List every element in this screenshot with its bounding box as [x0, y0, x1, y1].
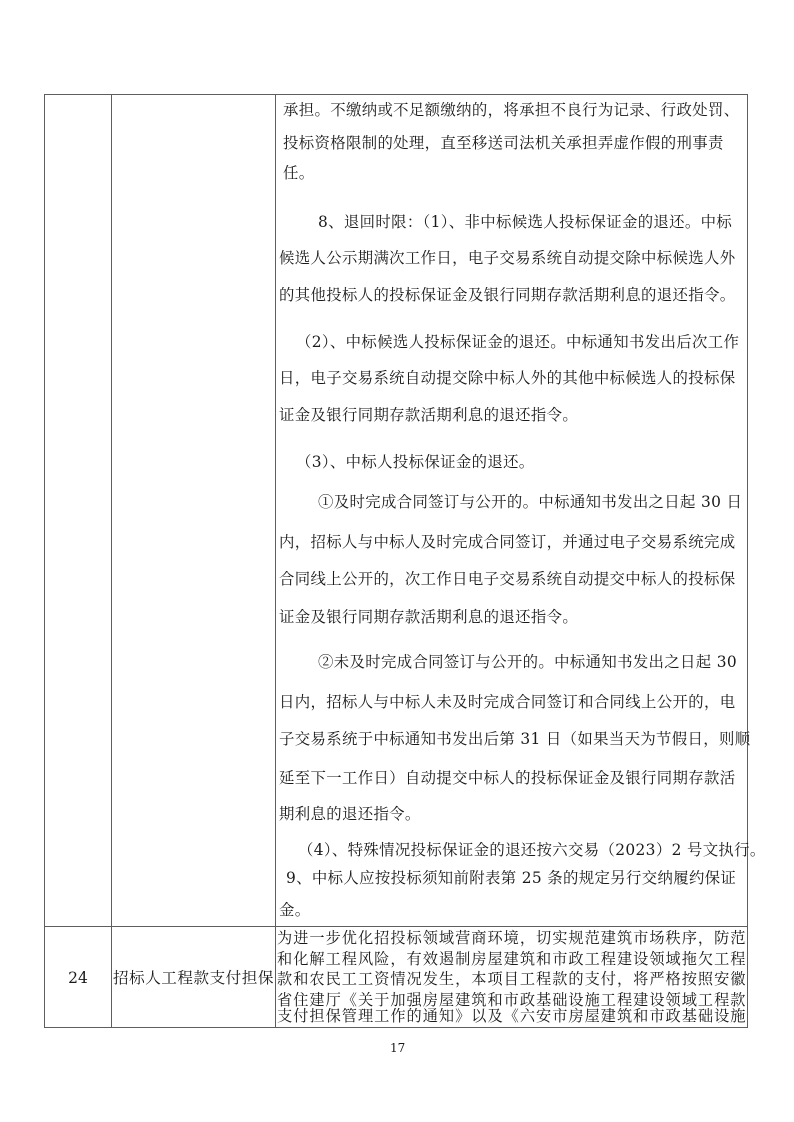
- column-divider-1: [111, 94, 112, 1028]
- content-line: 承担。不缴纳或不足额缴纳的，将承担不良行为记录、行政处罚、: [283, 100, 739, 120]
- page-number: 17: [390, 1041, 405, 1055]
- table-right-border: [747, 94, 748, 1028]
- content-line: 9、中标人应按投标须知前附表第 25 条的规定另行交纳履约保证: [286, 868, 736, 888]
- content-line: 为进一步优化招投标领域营商环境，切实规范建筑市场秩序，防范: [277, 928, 746, 948]
- content-line: ①及时完成合同签订与公开的。中标通知书发出之日起 30 日: [318, 492, 742, 512]
- content-line: 内，招标人与中标人及时完成合同签订，并通过电子交易系统完成: [279, 532, 735, 552]
- table-bottom-border: [44, 1027, 748, 1028]
- content-line: （2）、中标候选人投标保证金的退还。中标通知书发出后次工作: [296, 332, 739, 352]
- table-top-border: [44, 94, 748, 95]
- content-line: （4）、特殊情况投标保证金的退还按六交易（2023）2 号文执行。: [298, 840, 766, 860]
- content-line: 证金及银行同期存款活期利息的退还指令。: [279, 607, 578, 627]
- document-page: 承担。不缴纳或不足额缴纳的，将承担不良行为记录、行政处罚、 投标资格限制的处理，…: [0, 0, 794, 1122]
- content-line: ②未及时完成合同签订与公开的。中标通知书发出之日起 30: [318, 652, 737, 672]
- content-line: 和化解工程风险，有效遏制房屋建筑和市政工程建设领域拖欠工程: [277, 949, 746, 969]
- content-line: 投标资格限制的处理，直至移送司法机关承担弄虚作假的刑事责: [283, 133, 724, 153]
- content-line: 合同线上公开的，次工作日电子交易系统自动提交中标人的投标保: [279, 569, 735, 589]
- column-divider-2: [275, 94, 276, 1028]
- content-line: 子交易系统于中标通知书发出后第 31 日（如果当天为节假日，则顺: [279, 729, 751, 749]
- content-line: 日内，招标人与中标人未及时完成合同签订和合同线上公开的，电: [279, 692, 735, 712]
- content-line: 支付担保管理工作的通知》以及《六安市房屋建筑和市政基础设施: [277, 1006, 746, 1026]
- row-item-title: 招标人工程款支付担保: [113, 968, 274, 988]
- content-line: 延至下一工作日）自动提交中标人的投标保证金及银行同期存款活: [279, 768, 735, 788]
- content-line: 款和农民工工资情况发生，本项目工程款的支付，将严格按照安徽: [277, 969, 746, 989]
- content-line: 金。: [279, 900, 310, 920]
- row-divider: [44, 926, 748, 927]
- content-line: 任。: [283, 163, 314, 183]
- content-line: （3）、中标人投标保证金的退还。: [296, 452, 535, 472]
- row-number: 24: [45, 968, 111, 988]
- content-line: 8、退回时限：（1）、非中标候选人投标保证金的退还。中标: [318, 212, 732, 232]
- content-line: 证金及银行同期存款活期利息的退还指令。: [279, 405, 578, 425]
- table-left-border: [44, 94, 45, 1028]
- content-line: 的其他投标人的投标保证金及银行同期存款活期利息的退还指令。: [279, 285, 735, 305]
- content-line: 期利息的退还指令。: [279, 804, 421, 824]
- content-line: 日，电子交易系统自动提交除中标人外的其他中标候选人的投标保: [279, 368, 735, 388]
- content-line: 候选人公示期满次工作日，电子交易系统自动提交除中标候选人外: [279, 248, 735, 268]
